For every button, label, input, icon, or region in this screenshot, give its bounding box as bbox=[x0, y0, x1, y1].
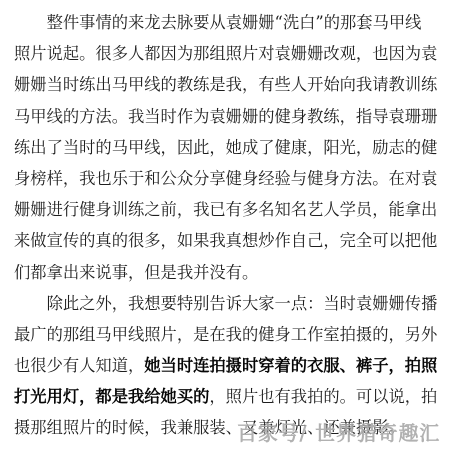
text-line: 练出了当时的马甲线，因此，她成了健康，阳光，励志的健 bbox=[14, 132, 440, 163]
text-run: 也很少有人知道， bbox=[14, 356, 144, 375]
text-run: 马甲线的方法。我当时作为袁姗姗的健身教练，指导袁珊珊 bbox=[14, 107, 437, 126]
text-run: 身榜样，我也乐于和公众分享健身经验与健身方法。在对袁 bbox=[14, 169, 437, 188]
text-run: 最广的那组马甲线照片，是在我的健身工作室拍摄的，另外 bbox=[14, 325, 437, 344]
text-line: 姗姗进行健身训练之前，我已有多名知名艺人学员，能拿出 bbox=[14, 194, 440, 225]
bold-text-run: 她当时连拍摄时穿着的衣服、裤子，拍照 bbox=[144, 356, 437, 375]
text-line: 马甲线的方法。我当时作为袁姗姗的健身教练，指导袁珊珊 bbox=[14, 101, 440, 132]
text-line: 身榜样，我也乐于和公众分享健身经验与健身方法。在对袁 bbox=[14, 163, 440, 194]
text-run: 照片说起。很多人都因为那组照片对袁姗姗改观，也因为袁 bbox=[14, 44, 437, 63]
text-line: 摄那组照片的时候，我兼服装、又兼灯光、还兼摄影。 bbox=[14, 412, 440, 443]
text-line: 除此之外，我想要特别告诉大家一点：当时袁姗姗传播 bbox=[14, 288, 440, 319]
text-line: 也很少有人知道，她当时连拍摄时穿着的衣服、裤子，拍照 bbox=[14, 350, 440, 381]
text-run: 练出了当时的马甲线，因此，她成了健康，阳光，励志的健 bbox=[14, 138, 437, 157]
article-text: 整件事情的来龙去脉要从袁姗姗“洗白”的那套马甲线照片说起。很多人都因为那组照片对… bbox=[14, 7, 440, 444]
text-line: 们都拿出来说事，但是我并没有。 bbox=[14, 257, 440, 288]
text-run: 姗姗进行健身训练之前，我已有多名知名艺人学员，能拿出 bbox=[14, 200, 437, 219]
text-run: ，照片也有我拍的。可以说，拍 bbox=[209, 387, 437, 406]
text-run: 摄那组照片的时候，我兼服装、又兼灯光、还兼摄影。 bbox=[14, 418, 405, 437]
text-line: 整件事情的来龙去脉要从袁姗姗“洗白”的那套马甲线 bbox=[14, 7, 440, 38]
text-run: 姗姗当时练出马甲线的教练是我，有些人开始向我请教训练 bbox=[14, 75, 437, 94]
bold-text-run: 打光用灯，都是我给她买的 bbox=[14, 387, 209, 406]
text-line: 来做宣传的真的很多，如果我真想炒作自己，完全可以把他 bbox=[14, 225, 440, 256]
text-line: 姗姗当时练出马甲线的教练是我，有些人开始向我请教训练 bbox=[14, 69, 440, 100]
text-run: 来做宣传的真的很多，如果我真想炒作自己，完全可以把他 bbox=[14, 231, 437, 250]
text-line: 打光用灯，都是我给她买的，照片也有我拍的。可以说，拍 bbox=[14, 381, 440, 412]
text-line: 最广的那组马甲线照片，是在我的健身工作室拍摄的，另外 bbox=[14, 319, 440, 350]
text-run: 整件事情的来龙去脉要从袁姗姗“洗白”的那套马甲线 bbox=[47, 13, 422, 32]
text-line: 照片说起。很多人都因为那组照片对袁姗姗改观，也因为袁 bbox=[14, 38, 440, 69]
text-run: 们都拿出来说事，但是我并没有。 bbox=[14, 263, 258, 282]
text-run: 除此之外，我想要特别告诉大家一点：当时袁姗姗传播 bbox=[47, 294, 438, 313]
